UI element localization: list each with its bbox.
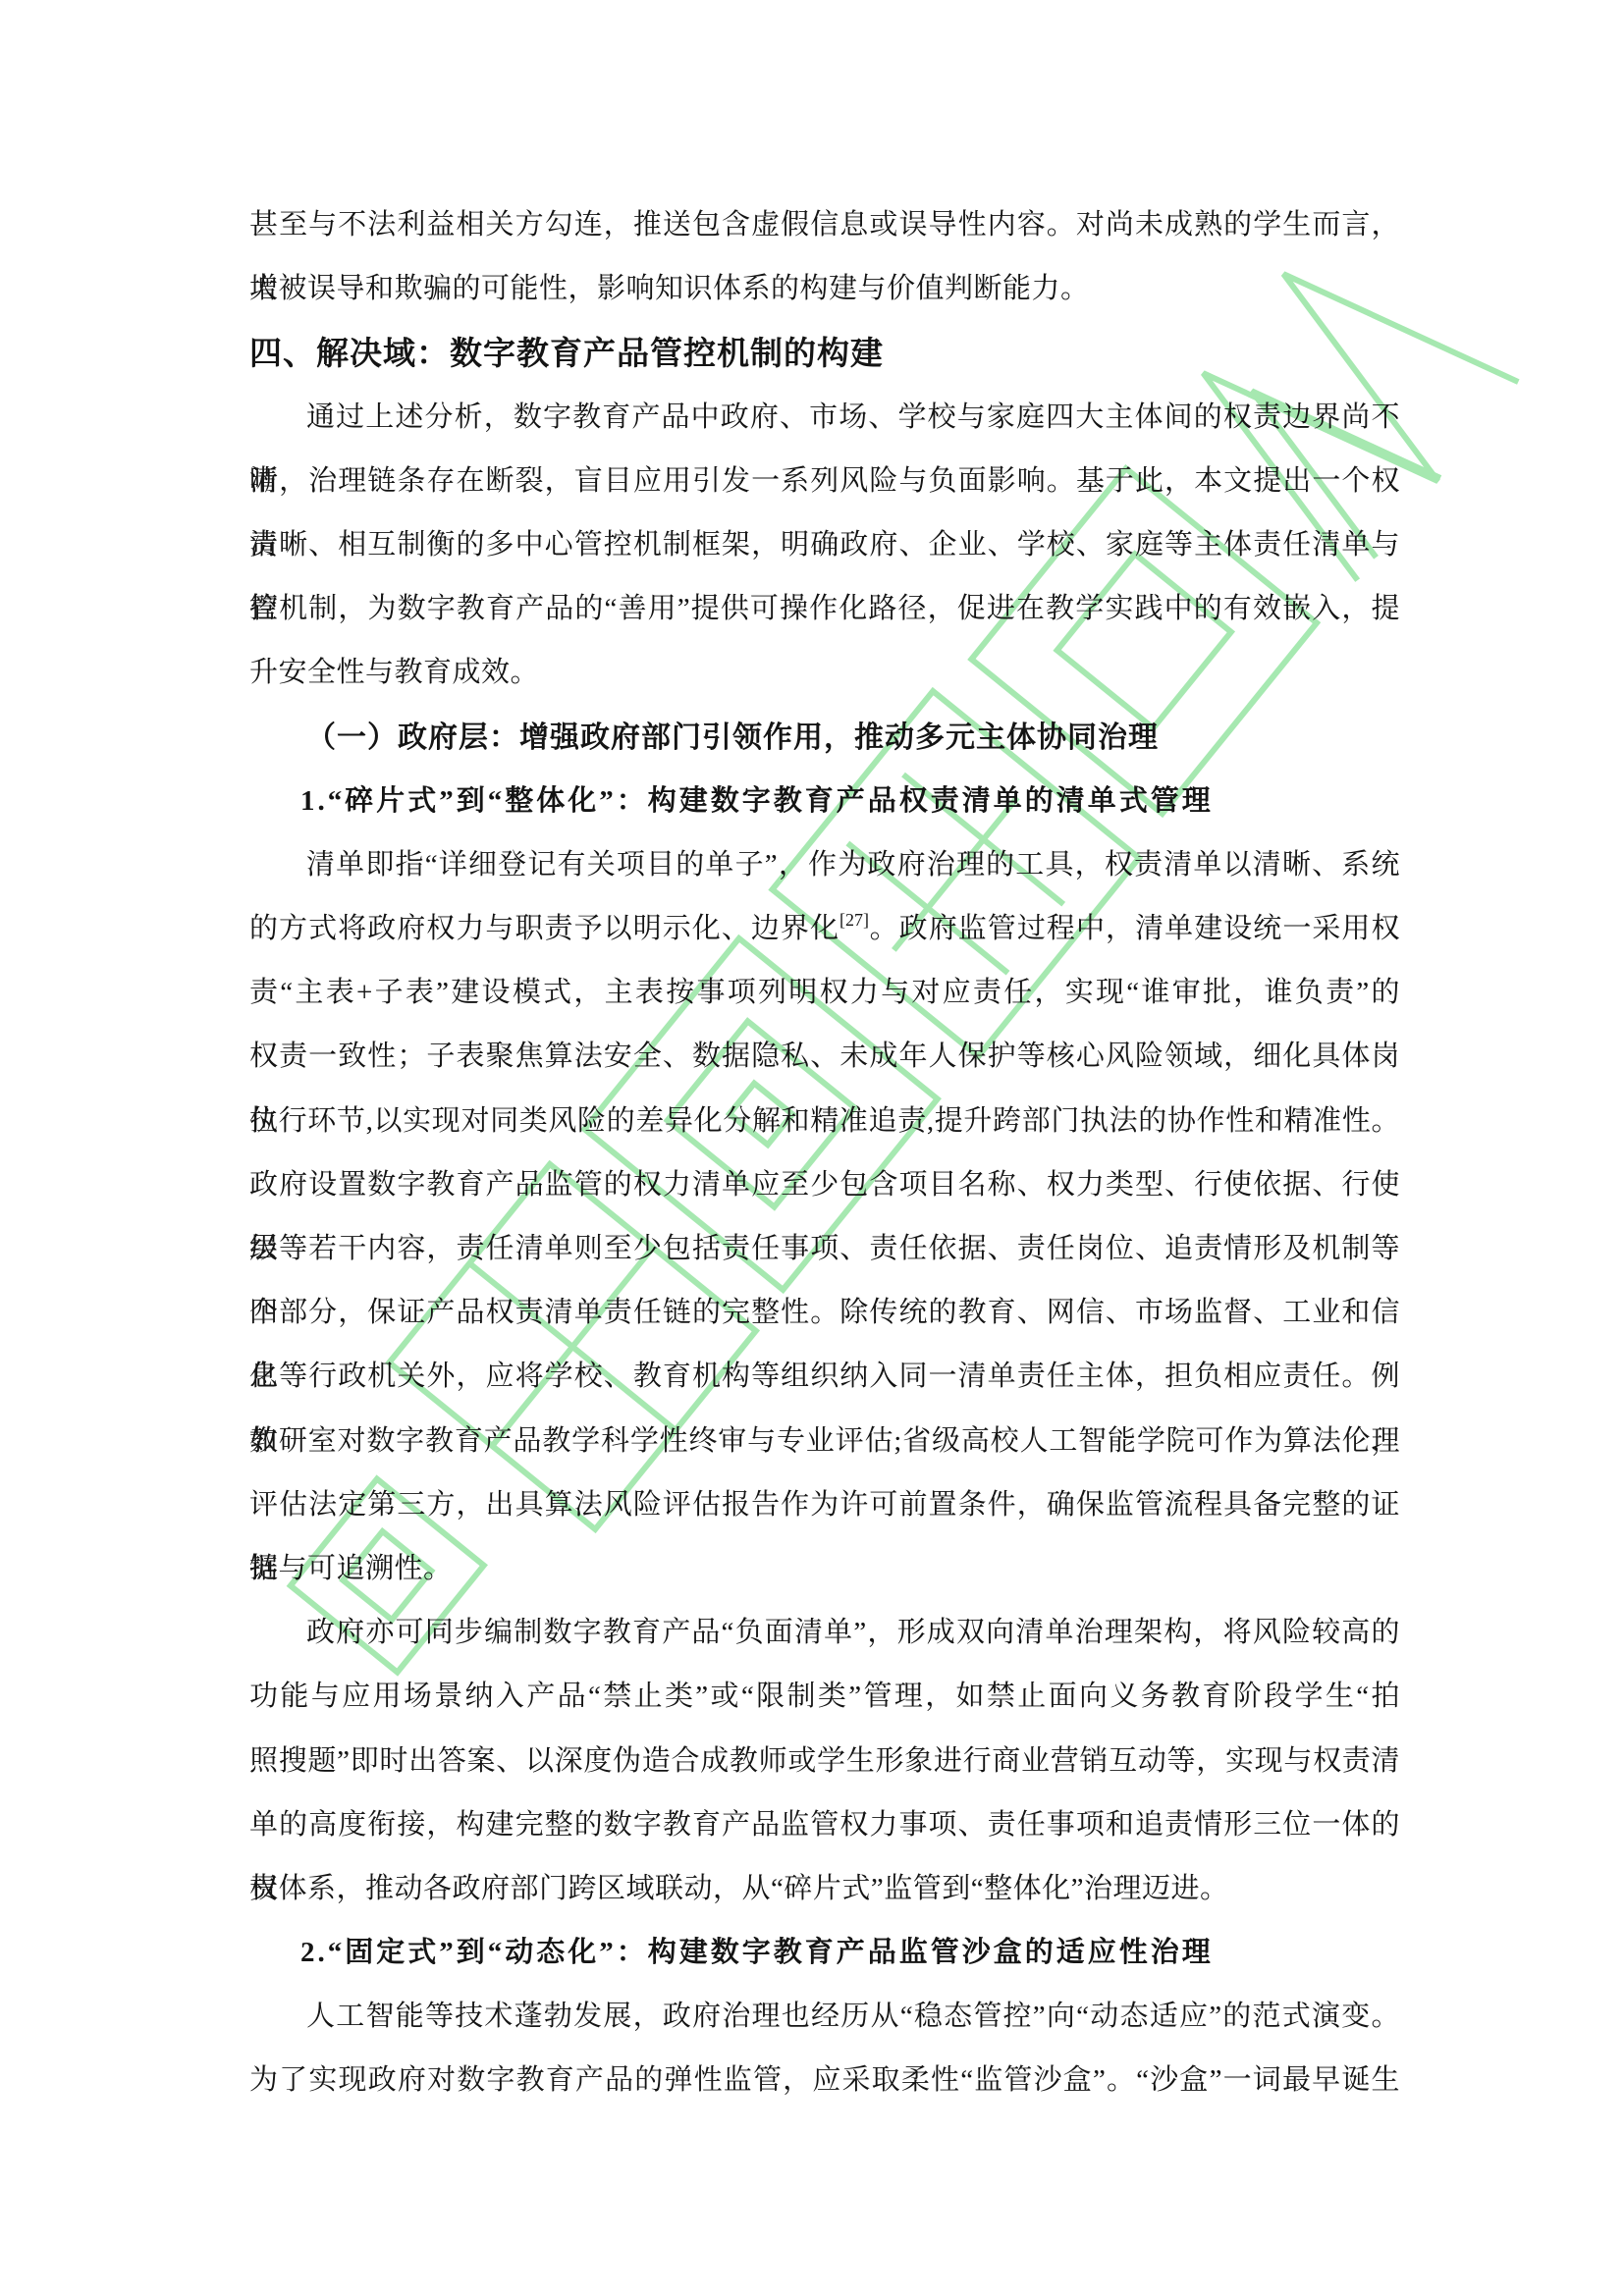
section-heading-4: 四、解决域：数字教育产品管控机制的构建 [249, 321, 1400, 385]
subsubsection-heading-1: 1.“碎片式”到“整体化”：构建数字教育产品权责清单的清单式管理 [249, 770, 1400, 833]
body-text-line: 执行环节,以实现对同类风险的差异化分解和精准追责,提升跨部门执法的协作性和精准性… [249, 1090, 1400, 1153]
body-text-line: 责“主表+子表”建设模式，主表按事项列明权力与对应责任，实现“谁审批，谁负责”的 [249, 961, 1400, 1025]
body-text-line: 人工智能等技术蓬勃发展，政府治理也经历从“稳态管控”向“动态适应”的范式演变。 [249, 1985, 1400, 2049]
body-text-segment: 。政府监管过程中，清单建设统一采用权 [869, 913, 1400, 944]
body-text-segment: 的方式将政府权力与职责予以明示化、边界化 [249, 913, 839, 944]
subsection-heading-government-layer: （一）政府层：增强政府部门引领作用，推动多元主体协同治理 [249, 706, 1400, 770]
subsubsection-heading-2: 2.“固定式”到“动态化”：构建数字教育产品监管沙盒的适应性治理 [249, 1921, 1400, 1985]
citation-superscript: [27] [839, 910, 869, 930]
body-text-line: 清晰、相互制衡的多中心管控机制框架，明确政府、企业、学校、家庭等主体责任清单与管 [249, 513, 1400, 577]
body-text-line: 甚至与不法利益相关方勾连，推送包含虚假信息或误导性内容。对尚未成熟的学生而言，增 [249, 193, 1400, 257]
body-text-line: 链与可追溯性。 [249, 1537, 1400, 1601]
body-text-line: 大被误导和欺骗的可能性，影响知识体系的构建与价值判断能力。 [249, 257, 1400, 321]
body-text-line: 功能与应用场景纳入产品“禁止类”或“限制类”管理，如禁止面向义务教育阶段学生“拍 [249, 1665, 1400, 1729]
body-text-line: 政府设置数字教育产品监管的权力清单应至少包含项目名称、权力类型、行使依据、行使层 [249, 1153, 1400, 1217]
body-text-line: 单的高度衔接，构建完整的数字教育产品监管权力事项、责任事项和追责情形三位一体的权 [249, 1793, 1400, 1857]
body-text-line: 责体系，推动各政府部门跨区域联动，从“碎片式”监管到“整体化”治理迈进。 [249, 1857, 1400, 1921]
body-text-line: 为了实现政府对数字教育产品的弹性监管，应采取柔性“监管沙盒”。“沙盒”一词最早诞… [249, 2049, 1400, 2112]
body-text-line: 升安全性与教育成效。 [249, 641, 1400, 705]
body-text-line: 级等若干内容，责任清单则至少包括责任事项、责任依据、责任岗位、追责情形及机制等四 [249, 1217, 1400, 1281]
body-text-line: 照搜题”即时出答案、以深度伪造合成教师或学生形象进行商业营销互动等，实现与权责清 [249, 1730, 1400, 1793]
body-text-line: 控机制，为数字教育产品的“善用”提供可操作化路径，促进在教学实践中的有效嵌入，提 [249, 577, 1400, 641]
body-text-line: 政府亦可同步编制数字教育产品“负面清单”，形成双向清单治理架构，将风险较高的 [249, 1601, 1400, 1665]
body-text-line: 的方式将政府权力与职责予以明示化、边界化[27]。政府监管过程中，清单建设统一采… [249, 897, 1400, 961]
document-content: 甚至与不法利益相关方勾连，推送包含虚假信息或误导性内容。对尚未成熟的学生而言，增… [249, 193, 1400, 2113]
body-text-line: 清单即指“详细登记有关项目的单子”，作为政府治理的工具，权责清单以清晰、系统 [249, 833, 1400, 897]
body-text-line: 化等行政机关外，应将学校、教育机构等组织纳入同一清单责任主体，担负相应责任。例如… [249, 1345, 1400, 1409]
body-text-line: 晰，治理链条存在断裂，盲目应用引发一系列风险与负面影响。基于此，本文提出一个权责 [249, 450, 1400, 513]
body-text-line: 个部分，保证产品权责清单责任链的完整性。除传统的教育、网信、市场监督、工业和信息 [249, 1281, 1400, 1345]
body-text-line: 评估法定第三方，出具算法风险评估报告作为许可前置条件，确保监管流程具备完整的证据 [249, 1473, 1400, 1537]
body-text-line: 权责一致性；子表聚焦算法安全、数据隐私、未成年人保护等核心风险领域，细化具体岗位 [249, 1025, 1400, 1089]
body-text-line: 通过上述分析，数字教育产品中政府、市场、学校与家庭四大主体间的权责边界尚不清 [249, 386, 1400, 450]
document-page: 甚至与不法利益相关方勾连，推送包含虚假信息或误导性内容。对尚未成熟的学生而言，增… [0, 0, 1624, 2296]
body-text-line: 教研室对数字教育产品教学科学性终审与专业评估;省级高校人工智能学院可作为算法伦理 [249, 1410, 1400, 1473]
